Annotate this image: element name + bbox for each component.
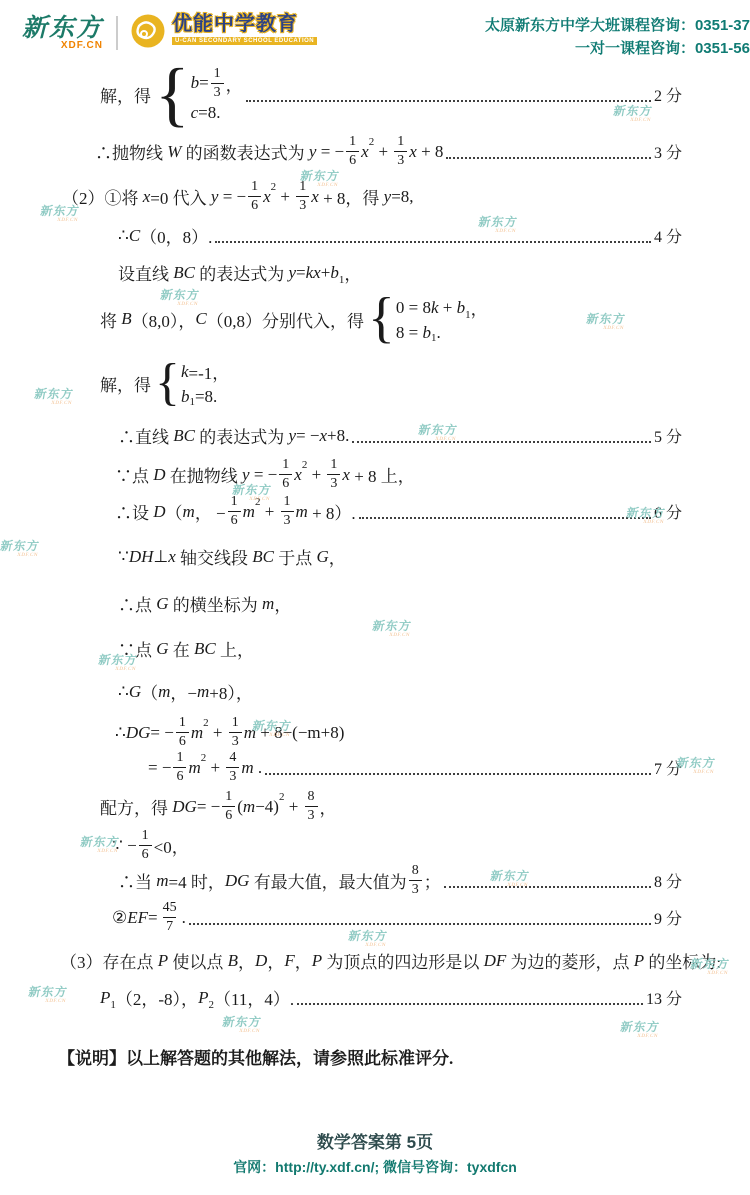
dotted-leader [265,773,651,775]
dotted-leader [297,1003,643,1005]
math-expression: b1=8. [181,387,229,407]
math-expression: 解，得 [100,82,151,107]
score-mark: 3 分 [654,140,682,163]
brace-lines: k=-1， b1=8. [181,359,229,407]
brace-lines: b=13， c=8. [191,67,243,123]
math-expression: = −16m2 + 43m . [148,751,262,784]
contact-info: 太原新东方中学大班课程咨询：0351-37 一对一课程咨询：0351-56 [485,14,750,61]
line-point-d-on-parabola: ∵点 D 在抛物线 y = −16x2 + 13x + 8 上， [115,458,682,491]
ucan-logo: 优能中学教育 U-CAN SECONDARY SCHOOL EDUCATION [131,13,317,53]
math-expression: 设直线 BC 的表达式为 y=kx+b1， [118,260,361,285]
line-part3-statement: （3）存在点 P 使以点 B，D，F，P 为顶点的四边形是以 DF 为边的菱形，… [60,948,682,973]
note-line: 【说明】以上解答题的其他解法，请参照此标准评分. [58,1044,682,1069]
dotted-leader [446,157,651,159]
logo-group: 新东方 XDF.CN 优能中学教育 U-CAN SECONDARY SCHOOL… [22,13,317,53]
line-g-abscissa: ∴点 G 的横坐标为 m， [118,591,682,616]
line-point-c: ∴C（0，8）. 4 分 [118,223,682,248]
math-expression: 解，得 [100,371,151,396]
math-expression: ∴当 m=4 时，DG 有最大值，最大值为83； [118,864,441,897]
xdf-logo-url: XDF.CN [61,40,103,51]
score-mark: 6 分 [654,500,682,523]
math-expression: b=13， [191,67,243,100]
score-mark: 7 分 [654,756,682,779]
math-expression: ∴设 D（m， −16m2 + 13m + 8）. [115,495,356,528]
ucan-badge-icon [131,14,165,53]
score-mark: 4 分 [654,224,682,247]
line-set-line-bc: 设直线 BC 的表达式为 y=kx+b1， [118,260,682,285]
score-mark: 2 分 [654,83,682,106]
math-expression: ∵ −16<0， [112,829,189,862]
note-text: 【说明】以上解答题的其他解法，请参照此标准评分. [58,1044,453,1069]
left-brace: { [155,361,180,405]
line-substitute-x0: （2）①将 x=0 代入 y = −16x2 + 13x + 8，得 y=8, [62,180,682,213]
score-mark: 13 分 [646,986,682,1009]
line-dg-expression: ∴DG= −16m2 + 13m + 8−(−m+8) [115,716,682,749]
math-expression: ∴抛物线 W 的函数表达式为 y = −16x2 + 13x + 8 [95,135,443,168]
math-expression: ∴G（m，−m+8）， [118,679,253,704]
ucan-logo-text: 优能中学教育 [172,13,317,35]
page-header: 新东方 XDF.CN 优能中学教育 U-CAN SECONDARY SCHOOL… [0,0,750,58]
line-system-solution-bc: 解，得 { b=13， c=8. 2 分 [100,64,682,125]
line-parabola-expression: ∴抛物线 W 的函数表达式为 y = −16x2 + 13x + 8 3 分 [95,135,682,168]
contact-line-1: 太原新东方中学大班课程咨询：0351-37 [485,14,750,37]
dotted-leader [246,100,651,102]
math-expression: ∴点 G 的横坐标为 m， [118,591,291,616]
line-system-solution-kb: 解，得 { k=-1， b1=8. [100,359,682,407]
logo-divider [116,16,118,50]
math-expression: ∵DH⊥x 轴交线段 BC 于点 G， [118,544,346,569]
left-brace: { [368,295,395,343]
ucan-text-column: 优能中学教育 U-CAN SECONDARY SCHOOL EDUCATION [172,13,317,45]
solution-content: 解，得 { b=13， c=8. 2 分 ∴抛物线 W 的函数表达式为 y = … [0,58,750,1069]
line-p-coordinates: P1（2，-8），P2（11，4）. 13 分 [100,985,682,1010]
line-max-value: ∴当 m=4 时，DG 有最大值，最大值为83； 8 分 [118,864,682,897]
line-dg-simplified: = −16m2 + 43m . 7 分 [148,751,682,784]
math-expression: ②EF=457. [112,901,186,934]
brace-lines: 0 = 8k + b1， 8 = b1. [396,295,488,343]
line-complete-square: 配方，得 DG= −16(m−4)2 + 83， [100,790,682,823]
math-expression: （3）存在点 P 使以点 B，D，F，P 为顶点的四边形是以 DF 为边的菱形，… [60,948,721,973]
xdf-logo-text: 新东方 [22,16,103,41]
page-footer: 数学答案第 5页 官网：http://ty.xdf.cn/; 微信号咨询：tyx… [0,1128,750,1177]
math-expression: 将 B（8,0），C（0,8）分别代入，得 [100,307,364,332]
math-expression: 配方，得 DG= −16(m−4)2 + 83， [100,790,337,823]
math-expression: ∴直线 BC 的表达式为 y= −x+8. [118,423,349,448]
score-mark: 5 分 [654,424,682,447]
line-dh-perpendicular: ∵DH⊥x 轴交线段 BC 于点 G， [118,544,682,569]
dotted-leader [444,886,651,888]
page-number-label: 数学答案第 5页 [0,1128,750,1153]
dotted-leader [215,241,651,243]
dotted-leader [359,517,651,519]
math-expression: ∵点 G 在 BC 上， [118,636,254,661]
ucan-tagline: U-CAN SECONDARY SCHOOL EDUCATION [172,37,317,45]
dotted-leader [352,441,651,443]
line-point-g: ∴G（m，−m+8）， [118,679,682,704]
math-expression: ∵点 D 在抛物线 y = −16x2 + 13x + 8 上， [115,458,415,491]
math-expression: 0 = 8k + b1， [396,295,488,320]
math-expression: c=8. [191,103,243,123]
math-expression: （2）①将 x=0 代入 y = −16x2 + 13x + 8，得 y=8, [62,180,414,213]
line-line-bc-expression: ∴直线 BC 的表达式为 y= −x+8. 5 分 [118,423,682,448]
math-expression: ∴C（0，8）. [118,223,212,248]
line-ef-value: ②EF=457. 9 分 [112,901,682,934]
math-expression: 8 = b1. [396,323,488,343]
answer-sheet-page: 新东方 XDF.CN 优能中学教育 U-CAN SECONDARY SCHOOL… [0,0,750,1195]
score-mark: 9 分 [654,906,682,929]
math-expression: k=-1， [181,359,229,384]
footer-contact: 官网：http://ty.xdf.cn/; 微信号咨询：tyxdfcn [0,1157,750,1177]
line-set-point-d: ∴设 D（m， −16m2 + 13m + 8）. 6 分 [115,495,682,528]
line-g-on-bc: ∵点 G 在 BC 上， [118,636,682,661]
math-expression: ∴DG= −16m2 + 13m + 8−(−m+8) [115,716,344,749]
line-substitute-bc-system: 将 B（8,0），C（0,8）分别代入，得 { 0 = 8k + b1， 8 =… [100,295,682,343]
dotted-leader [189,923,651,925]
xdf-logo: 新东方 XDF.CN [22,16,103,51]
math-expression: P1（2，-8），P2（11，4）. [100,985,294,1010]
contact-line-2: 一对一课程咨询：0351-56 [485,37,750,60]
score-mark: 8 分 [654,869,682,892]
left-brace: { [155,64,190,125]
line-coefficient-negative: ∵ −16<0， [112,829,682,862]
